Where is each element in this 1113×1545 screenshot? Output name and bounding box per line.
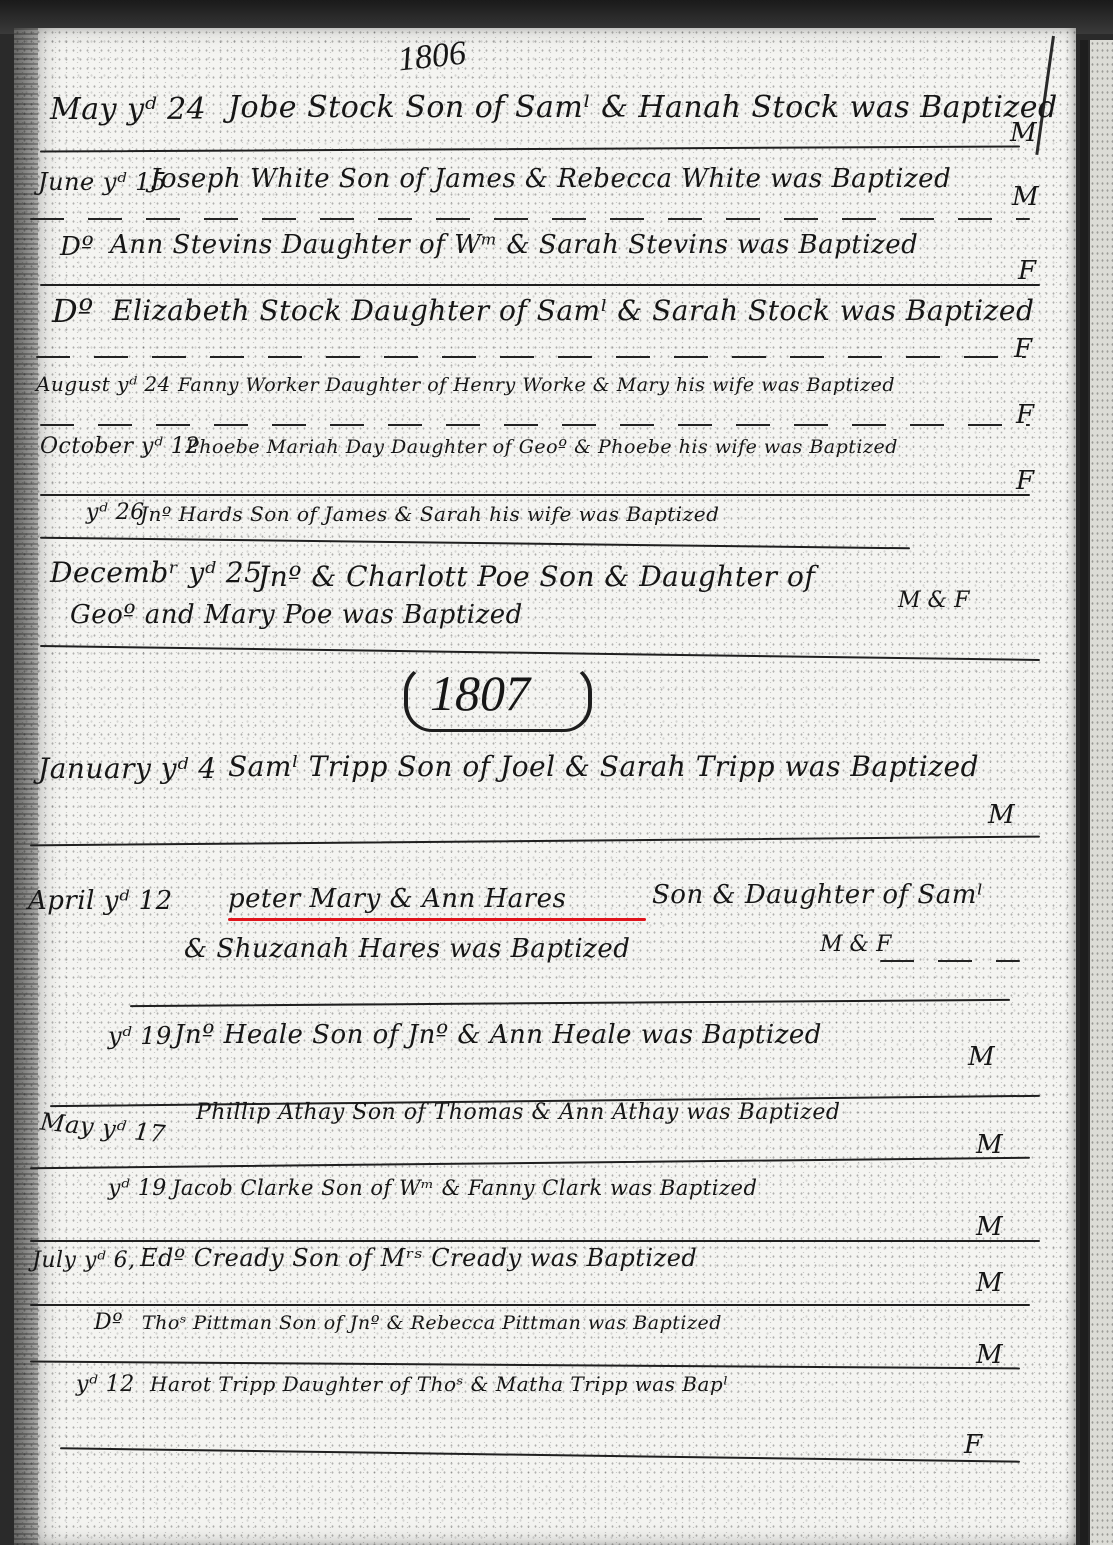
row-divider — [40, 284, 1040, 286]
entry-underlined-names: peter Mary & Ann Hares — [228, 884, 566, 914]
entry-date: May yᵈ 24 — [50, 92, 206, 127]
entry-text: Ann Stevins Daughter of Wᵐ & Sarah Stevi… — [110, 230, 918, 260]
year-header-1807: 1807 — [430, 664, 530, 722]
entry-sex: M & F — [820, 932, 891, 957]
entry-date: April yᵈ 12 — [28, 886, 173, 916]
entry-text: Jnº Hards Son of James & Sarah his wife … — [140, 502, 719, 526]
entry-text: Samˡ Tripp Son of Joel & Sarah Tripp was… — [228, 750, 979, 783]
entry-text: Jobe Stock Son of Samˡ & Hanah Stock was… — [228, 90, 1058, 125]
row-divider — [880, 960, 1020, 962]
entry-date: Dº — [94, 1310, 123, 1335]
entry-date: Dº — [60, 232, 94, 262]
entry-date: yᵈ 19 — [108, 1022, 172, 1050]
entry-sex: M & F — [898, 588, 969, 613]
entry-sex: F — [964, 1430, 982, 1460]
entry-sex: F — [1018, 256, 1036, 286]
entry-text: Elizabeth Stock Daughter of Samˡ & Sarah… — [112, 294, 1034, 327]
red-underline-annotation — [228, 918, 646, 921]
entry-text: Thoˢ Pittman Son of Jnº & Rebecca Pittma… — [142, 1312, 722, 1334]
entry-text: Jacob Clarke Son of Wᵐ & Fanny Clark was… — [172, 1176, 757, 1200]
entry-text-continued: & Shuzanah Hares was Baptized — [184, 934, 630, 964]
entry-text: Fanny Worker Daughter of Henry Worke & M… — [178, 374, 895, 396]
row-divider — [36, 356, 1026, 358]
entry-sex: F — [1016, 466, 1034, 496]
entry-sex: M — [988, 800, 1015, 830]
row-divider — [30, 218, 1030, 220]
entry-sex: M — [968, 1042, 995, 1072]
entry-sex: F — [1014, 334, 1032, 364]
book-binding-shadow — [1080, 40, 1088, 1545]
entry-date: yᵈ 19 — [108, 1176, 167, 1201]
entry-sex: M — [976, 1340, 1003, 1370]
entry-text: Edº Cready Son of Mʳˢ Cready was Baptize… — [140, 1244, 697, 1272]
entry-text: Son & Daughter of Samˡ — [652, 880, 984, 910]
entry-text: Jnº & Charlott Poe Son & Daughter of — [258, 560, 815, 593]
entry-sex: M — [1010, 118, 1037, 148]
entry-date: October yᵈ 12 — [40, 434, 200, 459]
entry-sex: M — [1012, 182, 1039, 212]
entry-date: Dº — [52, 292, 94, 330]
entry-date: yᵈ 12 — [76, 1372, 135, 1397]
entry-sex: M — [976, 1130, 1003, 1160]
facing-page-edge — [1090, 40, 1113, 1545]
entry-date: January yᵈ 4 — [38, 752, 217, 785]
entry-text: Jnº Heale Son of Jnº & Ann Heale was Bap… — [174, 1020, 822, 1050]
row-divider — [40, 424, 1030, 426]
entry-text: Harot Tripp Daughter of Thoˢ & Matha Tri… — [150, 1372, 729, 1396]
entry-date: Decembʳ yᵈ 25 — [50, 556, 262, 589]
entry-date: August yᵈ 24 — [36, 372, 171, 396]
entry-sex: M — [976, 1212, 1003, 1242]
row-divider — [30, 1240, 1040, 1242]
entry-sex: M — [976, 1268, 1003, 1298]
entry-date: yᵈ 26 — [86, 500, 145, 525]
entry-date: July yᵈ 6, — [32, 1248, 136, 1273]
entry-text: Phoebe Mariah Day Daughter of Geoº & Pho… — [186, 436, 898, 458]
row-divider — [30, 1304, 1030, 1306]
entry-text-continued: Geoº and Mary Poe was Baptized — [70, 600, 523, 630]
entry-text: Phillip Athay Son of Thomas & Ann Athay … — [196, 1100, 840, 1125]
entry-text: Joseph White Son of James & Rebecca Whit… — [150, 164, 951, 194]
year-header-1806: 1806 — [396, 35, 468, 80]
page-left-edge — [14, 28, 38, 1545]
entry-date: June yᵈ 15 — [38, 168, 167, 196]
row-divider — [40, 494, 1030, 496]
